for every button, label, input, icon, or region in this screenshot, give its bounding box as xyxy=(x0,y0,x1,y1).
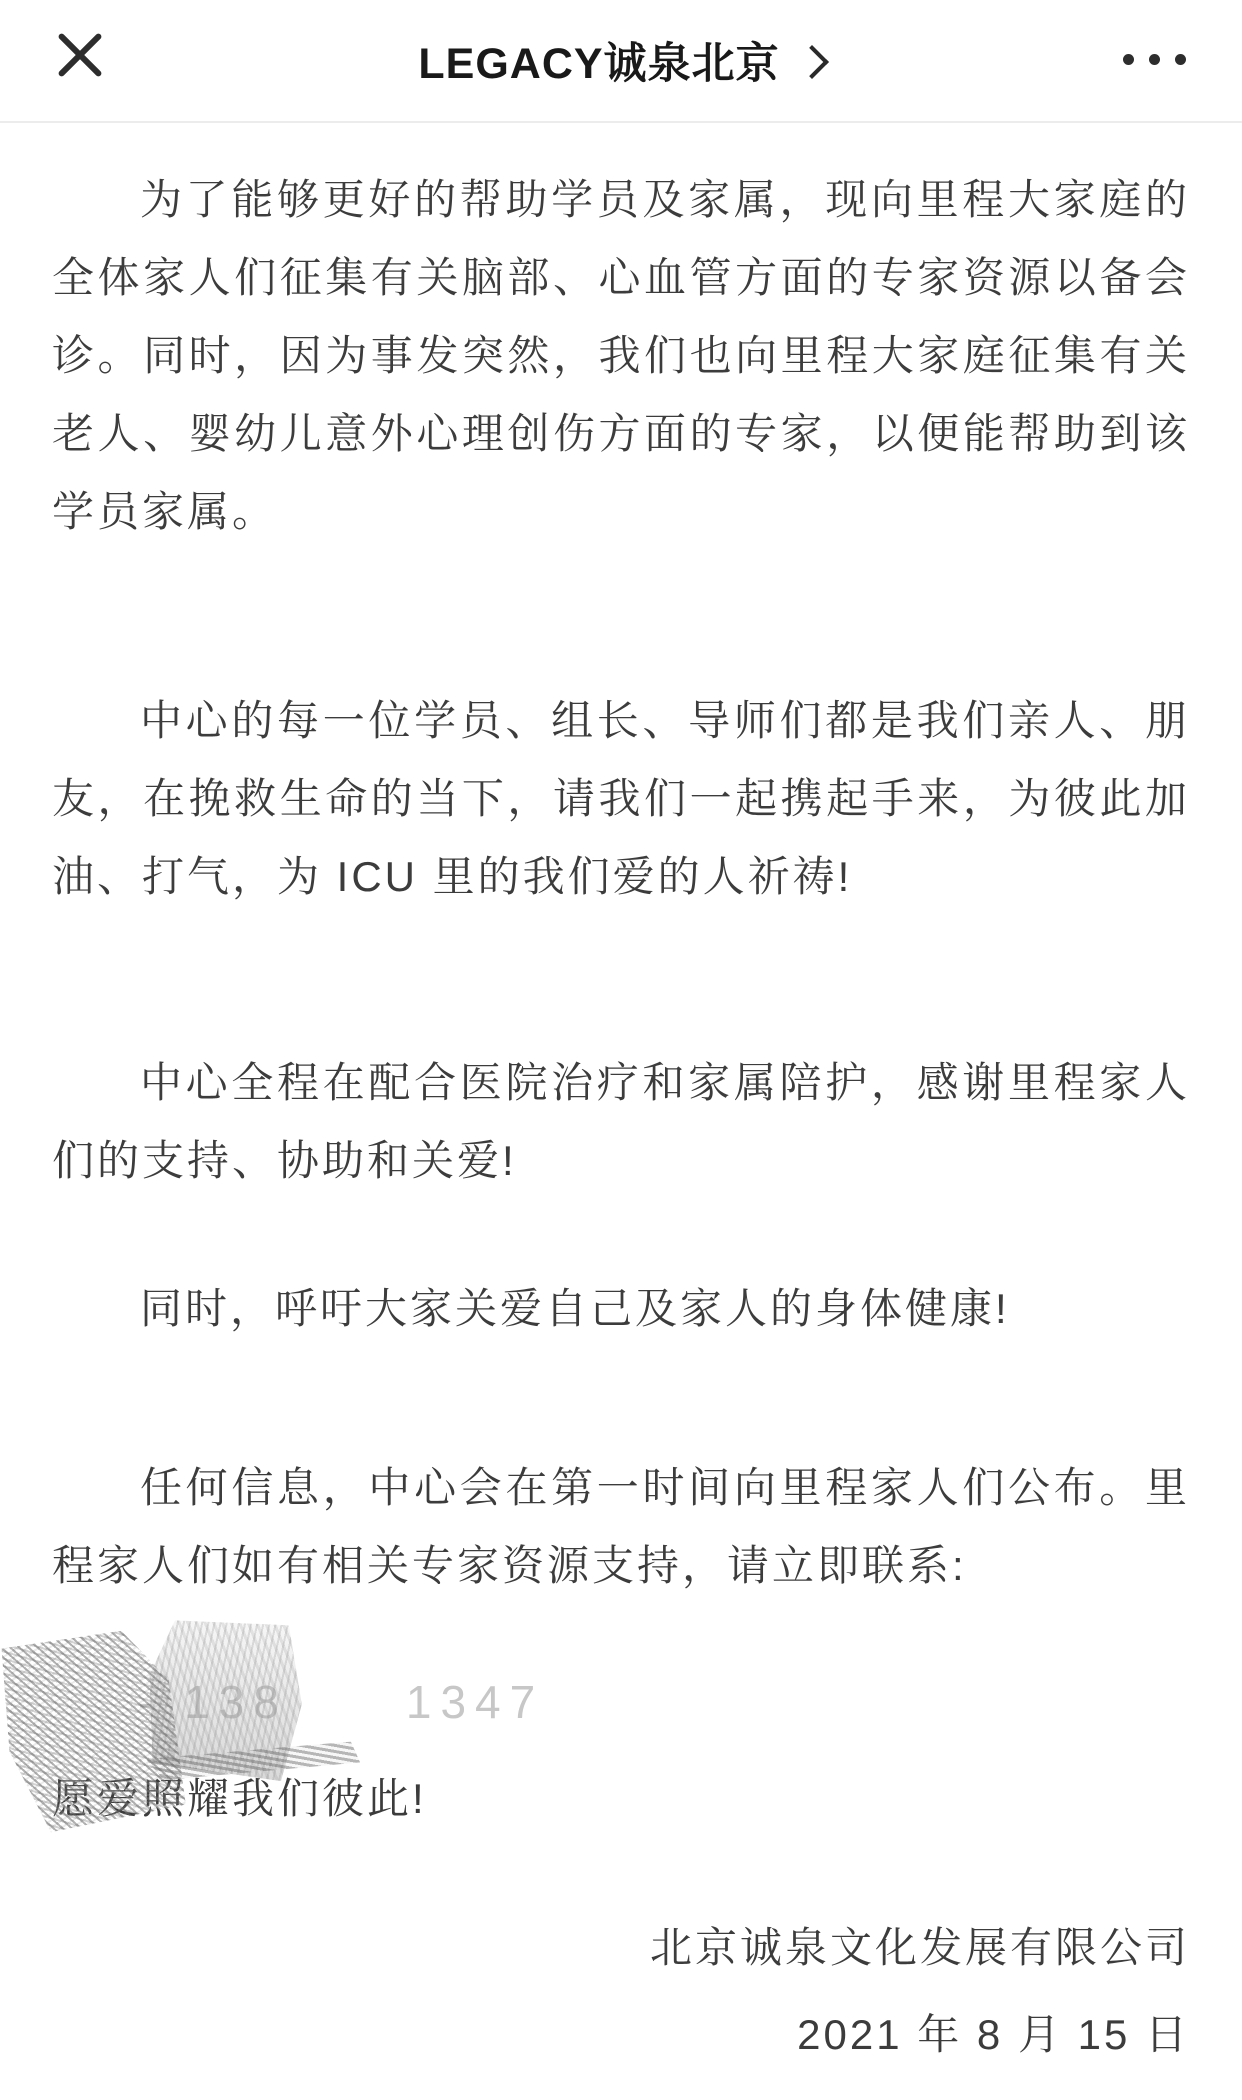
chevron-right-icon xyxy=(795,45,829,79)
account-title-link[interactable]: LEGACY诚泉北京 xyxy=(0,0,1242,121)
article-paragraph: 任何信息，中心会在第一时间向里程家人们公布。里程家人们如有相关专家资源支持，请立… xyxy=(52,1449,1190,1605)
article-paragraph: 中心全程在配合医院治疗和家属陪护，感谢里程家人们的支持、协助和关爱! xyxy=(52,1044,1190,1200)
phone-fragment-prefix: - 138 xyxy=(138,1676,288,1728)
header-bar: LEGACY诚泉北京 xyxy=(0,0,1242,123)
article-body: 为了能够更好的帮助学员及家属，现向里程大家庭的全体家人们征集有关脑部、心血管方面… xyxy=(0,123,1242,2074)
redacted-contact-block: - 1381347 xyxy=(52,1605,1190,1760)
page-title: LEGACY诚泉北京 xyxy=(418,30,779,91)
article-paragraph: 为了能够更好的帮助学员及家属，现向里程大家庭的全体家人们征集有关脑部、心血管方面… xyxy=(52,161,1190,551)
article-page: LEGACY诚泉北京 为了能够更好的帮助学员及家属，现向里程大家庭的全体家人们征… xyxy=(0,0,1242,2100)
more-button[interactable] xyxy=(1123,48,1186,71)
article-paragraph: 中心的每一位学员、组长、导师们都是我们亲人、朋友，在挽救生命的当下，请我们一起携… xyxy=(52,682,1190,916)
phone-fragment-suffix: 1347 xyxy=(406,1676,544,1728)
closing-line: 愿爱照耀我们彼此! xyxy=(52,1760,1190,1838)
publish-date: 2021 年 8 月 15 日 xyxy=(52,1996,1190,2074)
signature-company: 北京诚泉文化发展有限公司 xyxy=(52,1909,1190,1987)
phone-number-redacted: - 1381347 xyxy=(138,1675,544,1729)
article-paragraph: 同时，呼吁大家关爱自己及家人的身体健康! xyxy=(52,1270,1190,1348)
more-icon xyxy=(1123,54,1186,65)
